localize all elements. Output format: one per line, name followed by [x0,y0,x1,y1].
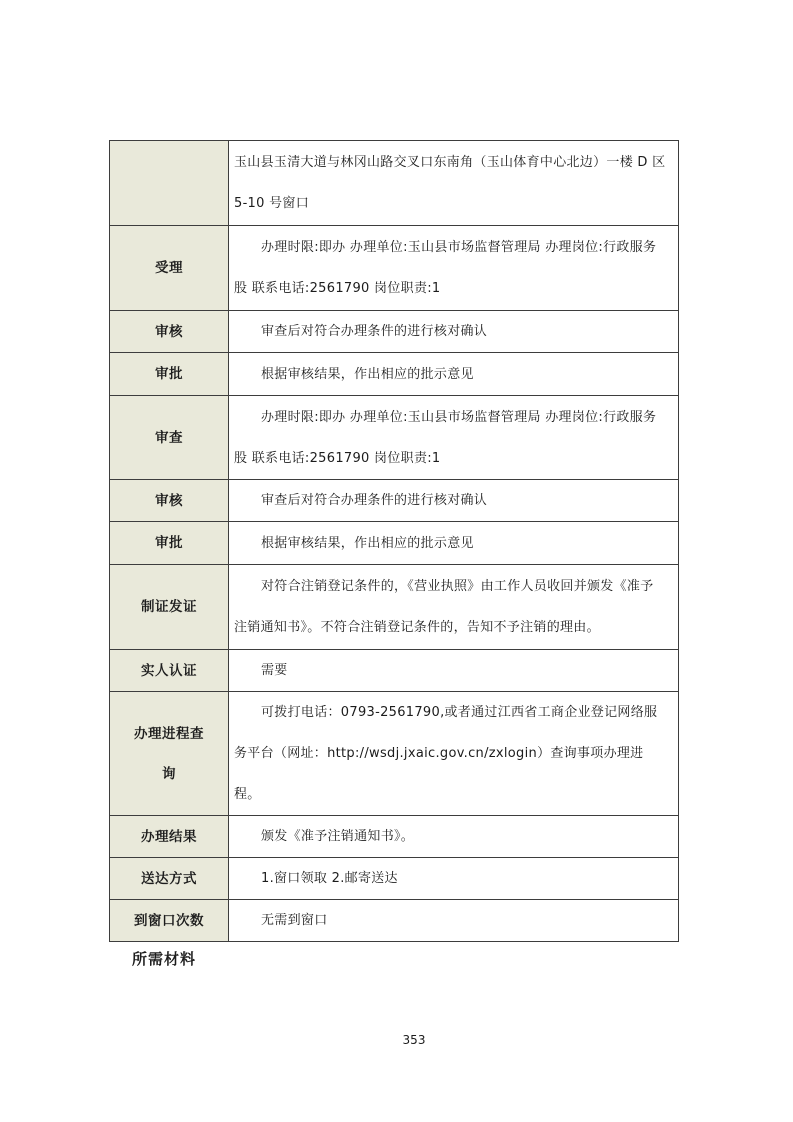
row-label: 实人认证 [141,651,197,691]
row-content-cell: 对符合注销登记条件的，《营业执照》由工作人员收回并颁发《准予注销通知书》。不符合… [229,565,679,650]
row-content: 1.窗口领取 2.邮寄送达 [234,858,666,899]
row-content-cell: 审查后对符合办理条件的进行核对确认 [229,311,679,353]
row-label-cell: 审批 [110,522,229,565]
row-content-cell: 可拨打电话：0793-2561790,或者通过江西省工商企业登记网络服务平台（网… [229,692,679,816]
row-content: 可拨打电话：0793-2561790,或者通过江西省工商企业登记网络服务平台（网… [234,692,666,815]
row-label: 送达方式 [141,859,197,899]
row-label-cell [110,141,229,226]
row-content-cell: 审查后对符合办理条件的进行核对确认 [229,480,679,522]
row-label-cell: 到窗口次数 [110,900,229,942]
row-label: 审批 [155,354,183,394]
row-content-cell: 需要 [229,650,679,692]
table-row: 实人认证 需要 [110,650,679,692]
row-content-cell: 办理时限:即办 办理单位:玉山县市场监督管理局 办理岗位:行政服务股 联系电话:… [229,396,679,480]
page-number: 353 [403,1033,426,1047]
row-label: 制证发证 [141,587,197,627]
table-row: 审查 办理时限:即办 办理单位:玉山县市场监督管理局 办理岗位:行政服务股 联系… [110,396,679,480]
row-content: 办理时限:即办 办理单位:玉山县市场监督管理局 办理岗位:行政服务股 联系电话:… [234,227,666,309]
row-content: 玉山县玉清大道与林冈山路交叉口东南角（玉山体育中心北边）一楼 D 区 5-10 … [234,142,666,224]
row-content-cell: 颁发《准予注销通知书》。 [229,816,679,858]
row-label: 审核 [155,481,183,521]
row-content: 对符合注销登记条件的，《营业执照》由工作人员收回并颁发《准予注销通知书》。不符合… [234,566,666,648]
row-content-cell: 根据审核结果，作出相应的批示意见 [229,522,679,565]
row-content: 审查后对符合办理条件的进行核对确认 [234,480,666,521]
row-content: 办理时限:即办 办理单位:玉山县市场监督管理局 办理岗位:行政服务股 联系电话:… [234,397,666,479]
row-label-cell: 受理 [110,226,229,311]
table-row: 审批 根据审核结果，作出相应的批示意见 [110,522,679,565]
row-label: 办理结果 [141,817,197,857]
table-row: 玉山县玉清大道与林冈山路交叉口东南角（玉山体育中心北边）一楼 D 区 5-10 … [110,141,679,226]
row-label: 审核 [155,312,183,352]
row-label-cell: 实人认证 [110,650,229,692]
row-content: 颁发《准予注销通知书》。 [234,816,666,857]
row-label-cell: 送达方式 [110,858,229,900]
row-label-cell: 审核 [110,480,229,522]
row-label: 审批 [155,523,183,563]
document-page: 玉山县玉清大道与林冈山路交叉口东南角（玉山体育中心北边）一楼 D 区 5-10 … [0,0,793,1122]
row-content-cell: 办理时限:即办 办理单位:玉山县市场监督管理局 办理岗位:行政服务股 联系电话:… [229,226,679,311]
row-label: 审查 [155,418,183,458]
row-content: 无需到窗口 [234,900,666,941]
row-label-cell: 办理进程查询 [110,692,229,816]
table-row: 送达方式 1.窗口领取 2.邮寄送达 [110,858,679,900]
table-row: 审核 审查后对符合办理条件的进行核对确认 [110,311,679,353]
row-label-cell: 审批 [110,353,229,396]
row-content-cell: 根据审核结果，作出相应的批示意见 [229,353,679,396]
row-content: 根据审核结果，作出相应的批示意见 [234,523,666,564]
row-content: 根据审核结果，作出相应的批示意见 [234,354,666,395]
row-label-cell: 制证发证 [110,565,229,650]
row-label-cell: 审核 [110,311,229,353]
table-row: 到窗口次数 无需到窗口 [110,900,679,942]
row-content: 需要 [234,650,666,691]
table-row: 审核 审查后对符合办理条件的进行核对确认 [110,480,679,522]
table-row: 办理结果 颁发《准予注销通知书》。 [110,816,679,858]
row-label-cell: 审查 [110,396,229,480]
row-label: 受理 [155,248,183,288]
process-table: 玉山县玉清大道与林冈山路交叉口东南角（玉山体育中心北边）一楼 D 区 5-10 … [109,140,679,942]
row-label: 到窗口次数 [134,901,204,941]
table-row: 制证发证 对符合注销登记条件的，《营业执照》由工作人员收回并颁发《准予注销通知书… [110,565,679,650]
table-row: 受理 办理时限:即办 办理单位:玉山县市场监督管理局 办理岗位:行政服务股 联系… [110,226,679,311]
row-content-cell: 1.窗口领取 2.邮寄送达 [229,858,679,900]
row-content-cell: 无需到窗口 [229,900,679,942]
row-content: 审查后对符合办理条件的进行核对确认 [234,311,666,352]
table-row: 审批 根据审核结果，作出相应的批示意见 [110,353,679,396]
table-row: 办理进程查询 可拨打电话：0793-2561790,或者通过江西省工商企业登记网… [110,692,679,816]
section-heading: 所需材料 [132,948,196,969]
row-label-cell: 办理结果 [110,816,229,858]
row-label: 办理进程查询 [133,714,206,794]
row-content-cell: 玉山县玉清大道与林冈山路交叉口东南角（玉山体育中心北边）一楼 D 区 5-10 … [229,141,679,226]
